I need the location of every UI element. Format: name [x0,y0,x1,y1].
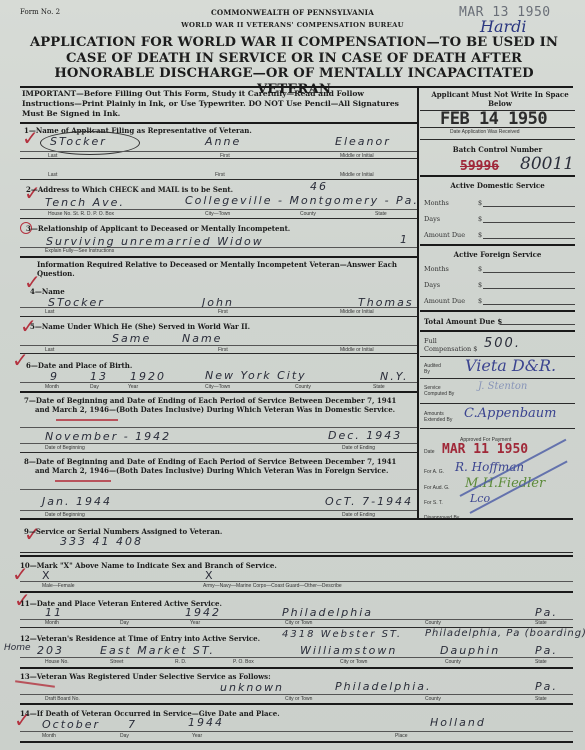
sub-label-day: Day [120,620,129,626]
field-line [20,427,417,428]
q2-state-value[interactable]: Pa. [396,194,419,207]
q10-label: 10—Mark "X" Above Name to Indicate Sex a… [20,561,277,570]
foreign-service-heading: Active Foreign Service [420,250,575,259]
amounts-extended-signature: C.Appenbaum [464,406,557,421]
divider [420,244,575,246]
sub-label-county: County [445,659,461,665]
field-line [20,151,417,152]
foreign-months-field[interactable] [483,265,575,273]
dollar-sign: $ [478,199,482,207]
divider [20,552,573,553]
q7-ending-value[interactable]: Dec. 1943 [328,429,402,442]
sub-label-state: State [535,696,547,702]
q12-state-value[interactable]: Pa. [535,644,558,657]
q12-label: 12—Veteran's Residence at Time of Entry … [20,634,260,643]
q6-label: 6—Date and Place of Birth. [26,361,132,370]
sub-label-city: City or Town [340,659,367,665]
q1-last-value[interactable]: STocker [50,135,107,148]
batch-control-label: Batch Control Number [420,145,575,154]
sub-label-street: Street [110,659,123,665]
divider [20,353,417,354]
service-computed-label: Service Computed By [424,385,464,397]
divider [20,179,417,180]
for-aud-g-label: For Aud. G. [424,485,450,491]
sub-label-county: County [300,211,316,217]
important-instructions: IMPORTANT—Before Filling Out This Form, … [22,89,412,119]
field-line [20,307,417,308]
field-line [20,694,573,695]
q11-state-value[interactable]: Pa. [535,606,558,619]
domestic-service-heading: Active Domestic Service [420,181,575,190]
q3-label: 3—Relationship of Applicant to Deceased … [26,224,290,233]
q7-label-line-1: 7—Date of Beginning and Date of Ending o… [24,396,396,405]
q12-boarding-city[interactable]: Philadelphia, Pa (boarding) [425,628,585,639]
q12-home-note: Home [4,643,31,653]
field-line [20,443,417,444]
foreign-months-label: Months [424,265,449,273]
sub-label-explain: Explain Fully—See Instructions [45,248,114,254]
full-comp-label-2: Compensation $ [424,345,477,353]
field-line [20,657,573,658]
sub-label-state: State [535,620,547,626]
q13-label: 13—Veteran Was Registered Under Selectiv… [20,672,271,681]
sub-label-year: Year [128,384,138,390]
q13-city-value[interactable]: Philadelphia. [335,680,432,693]
divider [20,122,417,124]
sub-label-state: State [375,211,387,217]
q14-day-value[interactable]: 7 [128,718,137,731]
q8-ending-value[interactable]: OcT. 7-1944 [325,495,413,508]
full-comp-label-1: Full [424,337,437,345]
sub-label-rd: R. D. [175,659,186,665]
sub-label-place: Place [395,733,408,739]
sub-label-branch: Army—Navy—Marine Corps—Coast Guard—Other… [203,583,342,589]
q12-city-value[interactable]: Williamstown [300,644,397,657]
q14-year-value[interactable]: 1944 [188,716,224,729]
sub-label-end: Date of Ending [342,445,375,451]
divider [20,591,573,593]
sub-label-year: Year [192,733,202,739]
q2-label: 2—Address to Which CHECK and MAIL is to … [26,185,233,194]
full-compensation-value[interactable]: 500. [484,336,521,351]
red-underline-mark [56,419,118,421]
q11-city-value[interactable]: Philadelphia [282,606,373,619]
divider [420,428,575,429]
sub-label-state: State [535,659,547,665]
field-line [420,127,575,128]
field-line [20,731,573,732]
sub-label-city: City—Town [205,384,230,390]
office-use-heading: Applicant Must Not Write In Space Below [420,90,580,108]
q13-board-value[interactable]: unknown [220,681,284,694]
sub-label-draft-board: Draft Board No. [45,696,80,702]
divider [20,256,417,258]
q5-label: 5—Name Under Which He (She) Served in Wo… [30,322,250,331]
sub-label-county: County [425,696,441,702]
sub-label-first: First [215,172,225,178]
q1-middle-value[interactable]: Eleanor [335,135,391,148]
sub-label-sex: Male—Female [42,583,75,589]
q5-value-1[interactable]: Same [112,332,151,345]
dollar-sign: $ [478,265,482,273]
sub-label-month: Month [45,620,59,626]
header-divider [20,86,573,88]
q12-county-value[interactable]: Dauphin [440,644,500,657]
q8-beginning-value[interactable]: Jan. 1944 [42,495,112,508]
foreign-amount-label: Amount Due [424,297,465,305]
sub-label-year: Year [190,620,200,626]
q8-label-line-1: 8—Date of Beginning and Date of Ending o… [24,457,396,466]
domestic-months-field[interactable] [483,199,575,207]
dollar-sign: $ [478,215,482,223]
divider [420,403,575,404]
q11-month-value[interactable]: 11 [45,606,63,619]
divider [20,555,573,557]
field-line [20,345,417,346]
dollar-sign: $ [478,281,482,289]
q2-city-county-value[interactable]: Collegeville - Montgomery - [185,194,391,207]
q7-label-line-2: and March 2, 1946—(Both Dates Inclusive)… [35,405,395,414]
sub-label-middle: Middle or Initial [340,172,374,178]
field-line [20,382,417,383]
dollar-sign: $ [478,231,482,239]
foreign-days-field[interactable] [483,281,575,289]
q2-house-number[interactable]: 46 [310,180,328,193]
divider [20,218,417,219]
q12-street-value[interactable]: East Market ST. [100,644,215,657]
service-computed-signature: J. Stenton [478,381,527,392]
audited-by-label: Audited By [424,363,444,375]
q3-extra-mark: 1 [400,233,409,246]
sub-label-po-box: P. O. Box [233,659,254,665]
field-line [20,510,417,511]
domestic-amount-field[interactable] [483,231,575,239]
approved-date-stamp: MAR 11 1950 [442,442,528,457]
top-signature: Hardi [480,17,527,36]
sub-label-month: Month [42,733,56,739]
q9-serial-value[interactable]: 333 41 408 [60,535,143,548]
q14-month-value[interactable]: October [42,718,100,731]
for-ag-label: For A. G. [424,469,444,475]
divider [420,175,575,177]
field-line [20,209,417,210]
field-line [20,581,573,582]
divider [420,310,575,312]
q5-value-2[interactable]: Name [182,332,222,345]
domestic-amount-label: Amount Due [424,231,465,239]
q11-year-value[interactable]: 1942 [185,606,221,619]
foreign-days-label: Days [424,281,440,289]
sub-label-state: State [373,384,385,390]
received-date-stamp: FEB 14 1950 [440,109,547,129]
red-mark [15,680,55,688]
divider [20,667,573,669]
q13-state-value[interactable]: Pa. [535,680,558,693]
audited-by-signature: Vieta D&R. [465,356,556,375]
total-amount-field[interactable] [500,317,575,325]
for-st-label: For S. T. [424,500,443,506]
sub-label-first: First [218,309,228,315]
divider [20,316,417,317]
q14-label: 14—If Death of Veteran Occurred in Servi… [20,709,280,718]
q12-boarding-address[interactable]: 4318 Webster ST. [282,629,402,640]
sub-label-month: Month [45,384,59,390]
field-line [20,489,417,490]
batch-number-old: 59996 [460,159,499,174]
sub-label-day: Day [120,733,129,739]
divider [20,518,573,520]
divider [20,703,573,705]
divider [420,378,575,379]
q1-first-value[interactable]: Anne [205,135,241,148]
sub-label-last: Last [48,172,57,178]
divider [20,391,417,393]
sub-label-middle: Middle or Initial [340,309,374,315]
q7-beginning-value[interactable]: November - 1942 [45,430,171,443]
sub-label-day: Day [90,384,99,390]
q4-label: 4—Name [30,287,65,296]
sub-label-house: House No. [45,659,69,665]
red-underline-mark [55,480,111,482]
approved-date-label: Date [424,449,435,455]
q2-street-value[interactable]: Tench Ave. [45,196,125,209]
total-amount-label: Total Amount Due $ [424,317,502,326]
sub-label-city: City or Town [285,696,312,702]
sub-label-last: Last [45,309,54,315]
domestic-days-field[interactable] [483,215,575,223]
q6-city-value[interactable]: New York City [205,369,307,382]
divider [20,452,417,453]
amounts-extended-label: Amounts Extended By [424,411,464,423]
divider [20,158,417,159]
office-column-divider [417,86,419,518]
q8-label-line-2: and March 2, 1946—(Both Dates Inclusive)… [35,466,388,475]
divider [420,330,575,332]
q14-place-value[interactable]: Holland [430,716,486,729]
q12-house-number[interactable]: 203 [37,644,64,657]
received-date-label: Date Application Was Received [450,129,520,135]
domestic-months-label: Months [424,199,449,207]
divider [420,139,575,140]
foreign-amount-field[interactable] [483,297,575,305]
application-form-page: Form No. 2 COMMONWEALTH OF PENNSYLVANIA … [0,0,585,750]
dollar-sign: $ [478,297,482,305]
sub-label-house: House No. St. R. D. P. O. Box [48,211,114,217]
sub-label-county: County [295,384,311,390]
domestic-days-label: Days [424,215,440,223]
sub-label-city: City—Town [205,211,230,217]
veteran-info-heading: Information Required Relative to Decease… [37,260,412,278]
sub-label-city: City or Town [285,620,312,626]
batch-number-new: 80011 [520,154,574,174]
sub-label-begin: Date of Beginning [45,445,85,451]
divider [20,741,573,743]
sub-label-county: County [425,620,441,626]
